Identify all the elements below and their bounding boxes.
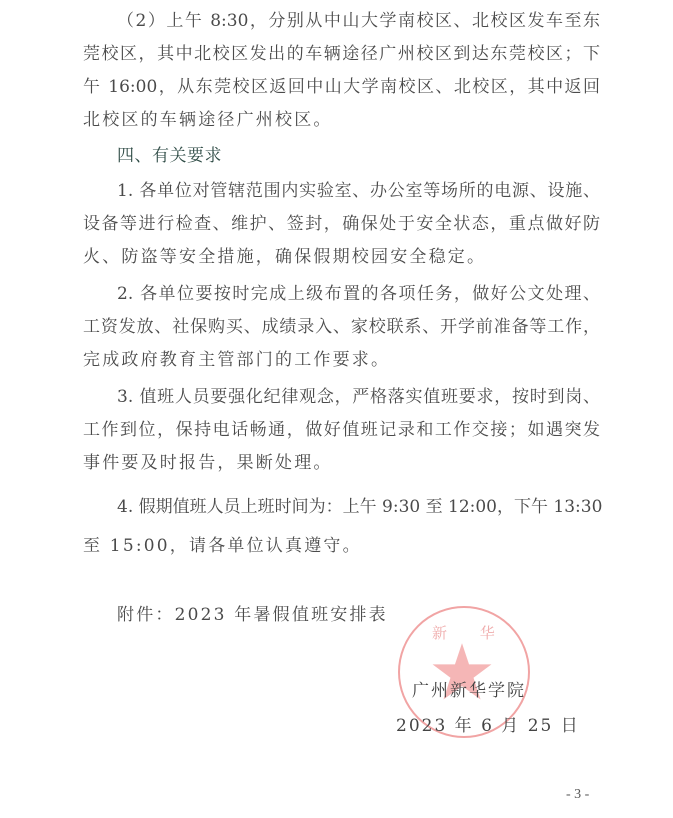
requirement-2-line-2: 工资发放、社保购买、成绩录入、家校联系、开学前准备等工作，: [83, 316, 600, 338]
page-number: - 3 -: [566, 787, 589, 803]
paragraph-2-line-2: 莞校区，其中北校区发出的车辆途径广州校区到达东莞校区；下: [83, 43, 600, 65]
requirement-3-line-3: 事件要及时报告，果断处理。: [83, 452, 600, 474]
paragraph-2-line-3: 午 16:00，从东莞校区返回中山大学南校区、北校区，其中返回: [83, 76, 600, 98]
requirement-2-line-3: 完成政府教育主管部门的工作要求。: [83, 349, 600, 371]
signature-organization: 广州新华学院: [412, 676, 526, 701]
requirement-1-line-3: 火、防盗等安全措施，确保假期校园安全稳定。: [83, 246, 600, 268]
paragraph-2-line-4: 北校区的车辆途径广州校区。: [83, 109, 600, 131]
requirement-3-line-1: 3. 值班人员要强化纪律观念，严格落实值班要求，按时到岗、: [117, 386, 600, 408]
signature-date: 2023 年 6 月 25 日: [396, 711, 580, 736]
requirement-4-line-2: 至 15:00，请各单位认真遵守。: [83, 535, 600, 557]
requirement-2-line-1: 2. 各单位要按时完成上级布置的各项任务，做好公文处理、: [117, 283, 600, 305]
section-heading: 四、有关要求: [117, 145, 222, 167]
requirement-4-line-1: 4. 假期值班人员上班时间为：上午 9:30 至 12:00，下午 13:30: [117, 496, 600, 518]
seal-text: 新 华: [432, 622, 509, 643]
requirement-1-line-1: 1. 各单位对管辖范围内实验室、办公室等场所的电源、设施、: [117, 180, 600, 202]
paragraph-2-line-1: （2）上午 8:30，分别从中山大学南校区、北校区发车至东: [117, 10, 600, 32]
requirement-1-line-2: 设备等进行检查、维护、签封，确保处于安全状态，重点做好防: [83, 213, 600, 235]
attachment-note: 附件：2023 年暑假值班安排表: [117, 604, 634, 626]
requirement-3-line-2: 工作到位，保持电话畅通，做好值班记录和工作交接；如遇突发: [83, 419, 600, 441]
